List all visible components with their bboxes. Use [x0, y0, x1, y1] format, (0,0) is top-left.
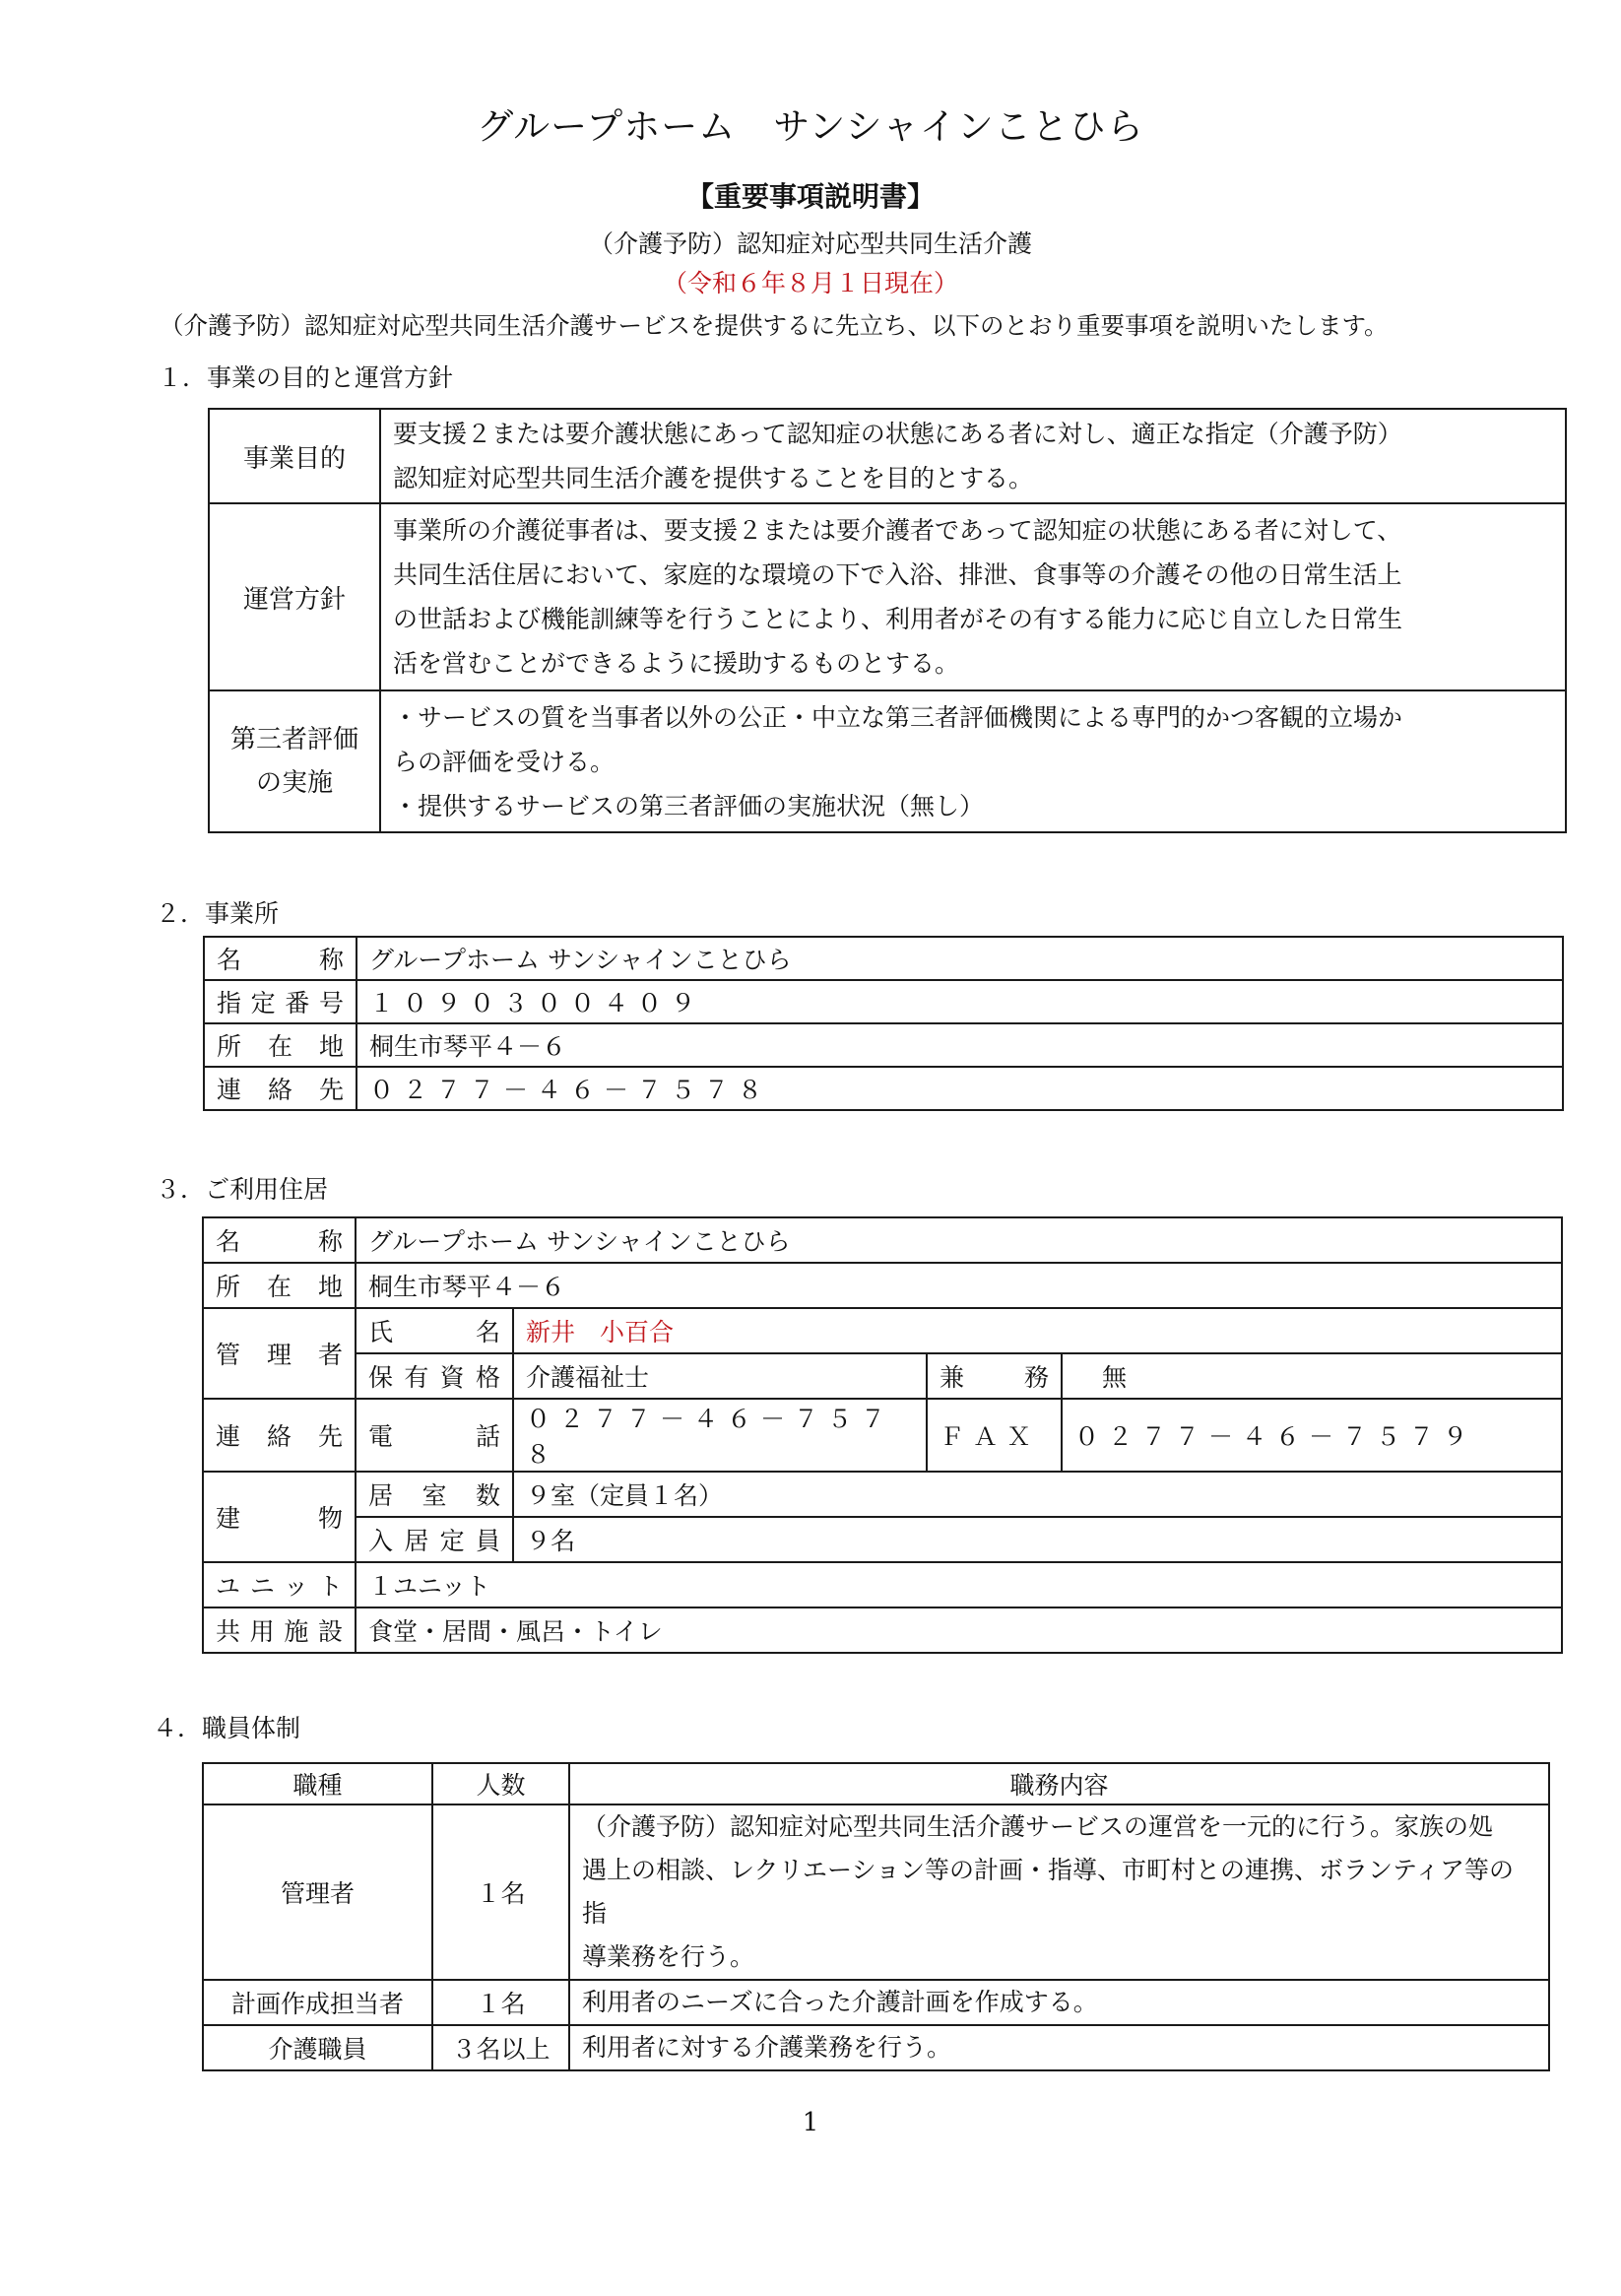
table-row: 連絡先 ０２７７－４６－７５７８ — [204, 1067, 1563, 1110]
role-cell: 介護職員 — [203, 2025, 432, 2070]
column-header-role: 職種 — [203, 1763, 432, 1804]
duties-cell: （介護予防）認知症対応型共同生活介護サービスの運営を一元的に行う。家族の処 遇上… — [569, 1804, 1549, 1980]
column-header-count: 人数 — [432, 1763, 569, 1804]
staff-table: 職種 人数 職務内容 管理者 １名 （介護予防）認知症対応型共同生活介護サービス… — [202, 1762, 1550, 2071]
row-value: １０９０３００４０９ — [357, 980, 1563, 1023]
count-cell: １名 — [432, 1980, 569, 2025]
manager-name-label: 氏名 — [356, 1308, 513, 1353]
unit-value: １ユニット — [356, 1562, 1562, 1607]
section2-heading: ２．事業所 — [156, 894, 279, 930]
address-label: 所在地 — [203, 1263, 356, 1308]
qualification-label: 保有資格 — [356, 1353, 513, 1399]
capacity-label: 入居定員 — [356, 1517, 513, 1562]
name-value: グループホーム サンシャインことひら — [356, 1217, 1562, 1263]
table-row: 入居定員 ９名 — [203, 1517, 1562, 1562]
address-value: 桐生市琴平４－６ — [356, 1263, 1562, 1308]
shared-facilities-value: 食堂・居間・風呂・トイレ — [356, 1607, 1562, 1653]
table-row: 所在地 桐生市琴平４－６ — [204, 1023, 1563, 1067]
fax-value: ０２７７－４６－７５７９ — [1062, 1399, 1562, 1472]
table-row: 指定番号 １０９０３００４０９ — [204, 980, 1563, 1023]
section3-heading: ３．ご利用住居 — [156, 1170, 328, 1206]
table-row: 建物 居室数 ９室（定員１名） — [203, 1472, 1562, 1517]
document-type: 【重要事項説明書】 — [0, 175, 1621, 215]
fax-label: ＦＡＸ — [927, 1399, 1062, 1472]
row-label: 連絡先 — [204, 1067, 357, 1110]
concurrent-value: 無 — [1062, 1353, 1562, 1399]
duties-cell: 利用者のニーズに合った介護計画を作成する。 — [569, 1980, 1549, 2025]
name-label: 名称 — [203, 1217, 356, 1263]
row-label: 第三者評価 の実施 — [209, 690, 380, 832]
row-label: 指定番号 — [204, 980, 357, 1023]
office-table: 名称 グループホーム サンシャインことひら 指定番号 １０９０３００４０９ 所在… — [203, 936, 1564, 1111]
table-row: ユニット １ユニット — [203, 1562, 1562, 1607]
qualification-value: 介護福祉士 — [513, 1353, 927, 1399]
table-row: 第三者評価 の実施 ・サービスの質を当事者以外の公正・中立な第三者評価機関による… — [209, 690, 1566, 832]
row-content: 事業所の介護従事者は、要支援２または要介護者であって認知症の状態にある者に対して… — [380, 503, 1566, 690]
phone-value: ０２７７－４６－７５７８ — [513, 1399, 927, 1472]
page-number: 1 — [0, 2108, 1621, 2137]
role-cell: 管理者 — [203, 1804, 432, 1980]
count-cell: １名 — [432, 1804, 569, 1980]
row-content: 要支援２または要介護状態にあって認知症の状態にある者に対し、適正な指定（介護予防… — [380, 409, 1566, 503]
table-row: 保有資格 介護福祉士 兼務 無 — [203, 1353, 1562, 1399]
manager-label: 管理者 — [203, 1308, 356, 1399]
service-type: （介護予防）認知症対応型共同生活介護 — [0, 225, 1621, 260]
role-cell: 計画作成担当者 — [203, 1980, 432, 2025]
duties-cell: 利用者に対する介護業務を行う。 — [569, 2025, 1549, 2070]
row-value: ０２７７－４６－７５７８ — [357, 1067, 1563, 1110]
section4-heading: ４．職員体制 — [153, 1709, 300, 1744]
table-row: 所在地 桐生市琴平４－６ — [203, 1263, 1562, 1308]
section1-heading: １．事業の目的と運営方針 — [158, 359, 453, 394]
table-header-row: 職種 人数 職務内容 — [203, 1763, 1549, 1804]
table-row: 運営方針 事業所の介護従事者は、要支援２または要介護者であって認知症の状態にある… — [209, 503, 1566, 690]
manager-name-value: 新井 小百合 — [513, 1308, 1562, 1353]
facility-title: グループホーム サンシャインことひら — [0, 97, 1621, 150]
row-label: 事業目的 — [209, 409, 380, 503]
table-row: 計画作成担当者 １名 利用者のニーズに合った介護計画を作成する。 — [203, 1980, 1549, 2025]
unit-label: ユニット — [203, 1562, 356, 1607]
as-of-date: （令和６年８月１日現在） — [0, 264, 1621, 299]
contact-label: 連絡先 — [203, 1399, 356, 1472]
table-row: 共用施設 食堂・居間・風呂・トイレ — [203, 1607, 1562, 1653]
column-header-duties: 職務内容 — [569, 1763, 1549, 1804]
row-value: グループホーム サンシャインことひら — [357, 937, 1563, 980]
rooms-label: 居室数 — [356, 1472, 513, 1517]
count-cell: ３名以上 — [432, 2025, 569, 2070]
building-label: 建物 — [203, 1472, 356, 1562]
concurrent-label: 兼務 — [927, 1353, 1062, 1399]
row-value: 桐生市琴平４－６ — [357, 1023, 1563, 1067]
row-label: 所在地 — [204, 1023, 357, 1067]
row-label: 名称 — [204, 937, 357, 980]
shared-facilities-label: 共用施設 — [203, 1607, 356, 1653]
row-content: ・サービスの質を当事者以外の公正・中立な第三者評価機関による専門的かつ客観的立場… — [380, 690, 1566, 832]
rooms-value: ９室（定員１名） — [513, 1472, 1562, 1517]
table-row: 管理者 氏名 新井 小百合 — [203, 1308, 1562, 1353]
table-row: 名称 グループホーム サンシャインことひら — [204, 937, 1563, 980]
intro-text: （介護予防）認知症対応型共同生活介護サービスを提供するに先立ち、以下のとおり重要… — [160, 307, 1597, 342]
row-label: 運営方針 — [209, 503, 380, 690]
residence-table: 名称 グループホーム サンシャインことひら 所在地 桐生市琴平４－６ 管理者 氏… — [202, 1216, 1563, 1654]
table-row: 連絡先 電話 ０２７７－４６－７５７８ ＦＡＸ ０２７７－４６－７５７９ — [203, 1399, 1562, 1472]
table-row: 介護職員 ３名以上 利用者に対する介護業務を行う。 — [203, 2025, 1549, 2070]
table-row: 管理者 １名 （介護予防）認知症対応型共同生活介護サービスの運営を一元的に行う。… — [203, 1804, 1549, 1980]
table-row: 名称 グループホーム サンシャインことひら — [203, 1217, 1562, 1263]
purpose-policy-table: 事業目的 要支援２または要介護状態にあって認知症の状態にある者に対し、適正な指定… — [208, 408, 1567, 833]
phone-label: 電話 — [356, 1399, 513, 1472]
capacity-value: ９名 — [513, 1517, 1562, 1562]
table-row: 事業目的 要支援２または要介護状態にあって認知症の状態にある者に対し、適正な指定… — [209, 409, 1566, 503]
